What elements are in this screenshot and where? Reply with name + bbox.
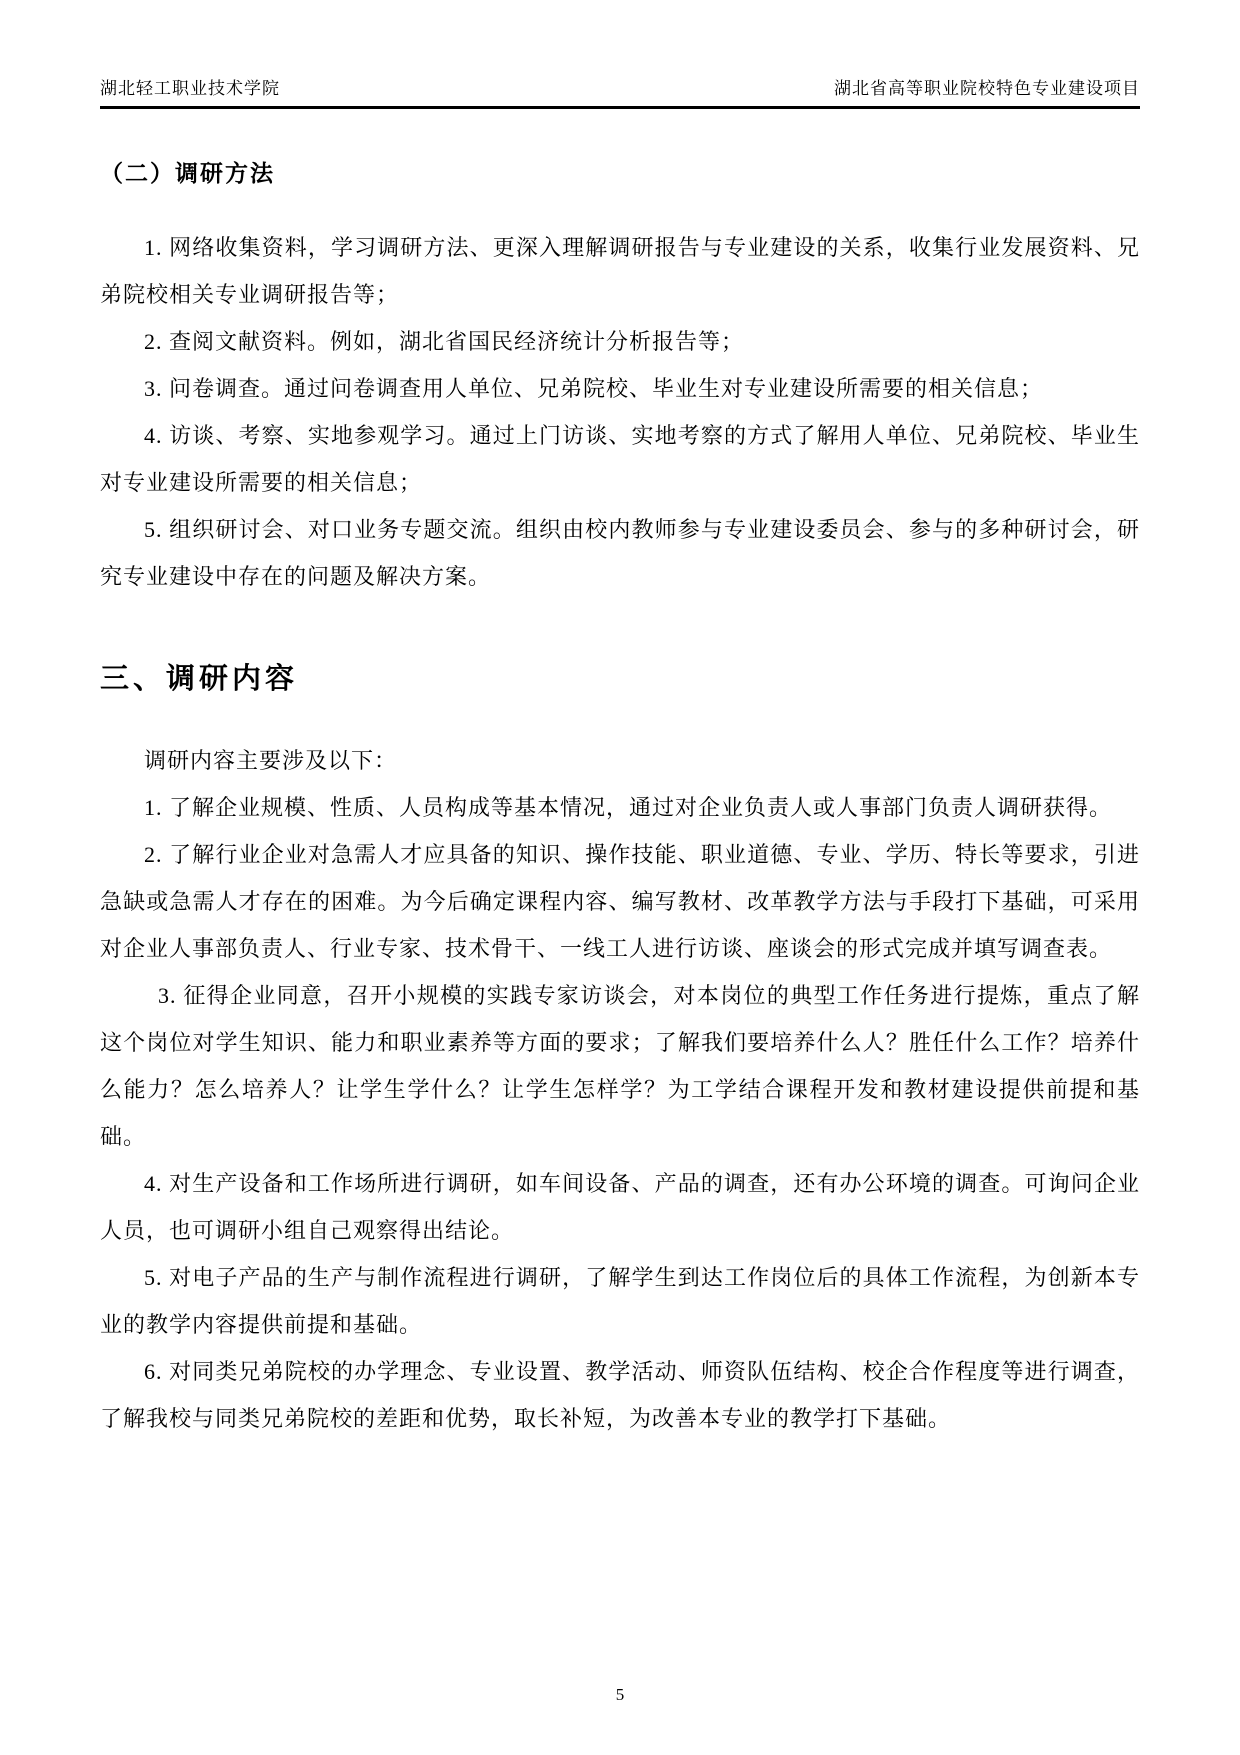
header-project-name: 湖北省高等职业院校特色专业建设项目	[834, 74, 1140, 99]
content-item-3: 3. 征得企业同意，召开小规模的实践专家访谈会，对本岗位的典型工作任务进行提炼，…	[100, 972, 1140, 1160]
content-intro: 调研内容主要涉及以下：	[100, 737, 1140, 784]
method-item-5: 5. 组织研讨会、对口业务专题交流。组织由校内教师参与专业建设委员会、参与的多种…	[100, 506, 1140, 600]
method-item-1: 1. 网络收集资料，学习调研方法、更深入理解调研报告与专业建设的关系，收集行业发…	[100, 224, 1140, 318]
content-item-1: 1. 了解企业规模、性质、人员构成等基本情况，通过对企业负责人或人事部门负责人调…	[100, 784, 1140, 831]
header-school-name: 湖北轻工职业技术学院	[100, 74, 280, 99]
content-item-5: 5. 对电子产品的生产与制作流程进行调研，了解学生到达工作岗位后的具体工作流程，…	[100, 1254, 1140, 1348]
method-item-4: 4. 访谈、考察、实地参观学习。通过上门访谈、实地考察的方式了解用人单位、兄弟院…	[100, 412, 1140, 506]
content-item-6: 6. 对同类兄弟院校的办学理念、专业设置、教学活动、师资队伍结构、校企合作程度等…	[100, 1348, 1140, 1442]
page-number: 5	[0, 1685, 1240, 1705]
document-page: 湖北轻工职业技术学院 湖北省高等职业院校特色专业建设项目 （二）调研方法 1. …	[0, 0, 1240, 1755]
content-item-4: 4. 对生产设备和工作场所进行调研，如车间设备、产品的调查，还有办公环境的调查。…	[100, 1160, 1140, 1254]
section-heading-method: （二）调研方法	[100, 155, 1140, 188]
page-header: 湖北轻工职业技术学院 湖北省高等职业院校特色专业建设项目	[100, 0, 1140, 109]
content-item-2: 2. 了解行业企业对急需人才应具备的知识、操作技能、职业道德、专业、学历、特长等…	[100, 831, 1140, 972]
method-item-3: 3. 问卷调查。通过问卷调查用人单位、兄弟院校、毕业生对专业建设所需要的相关信息…	[100, 365, 1140, 412]
section-heading-content: 三、调研内容	[100, 656, 1140, 697]
method-item-2: 2. 查阅文献资料。例如，湖北省国民经济统计分析报告等；	[100, 318, 1140, 365]
